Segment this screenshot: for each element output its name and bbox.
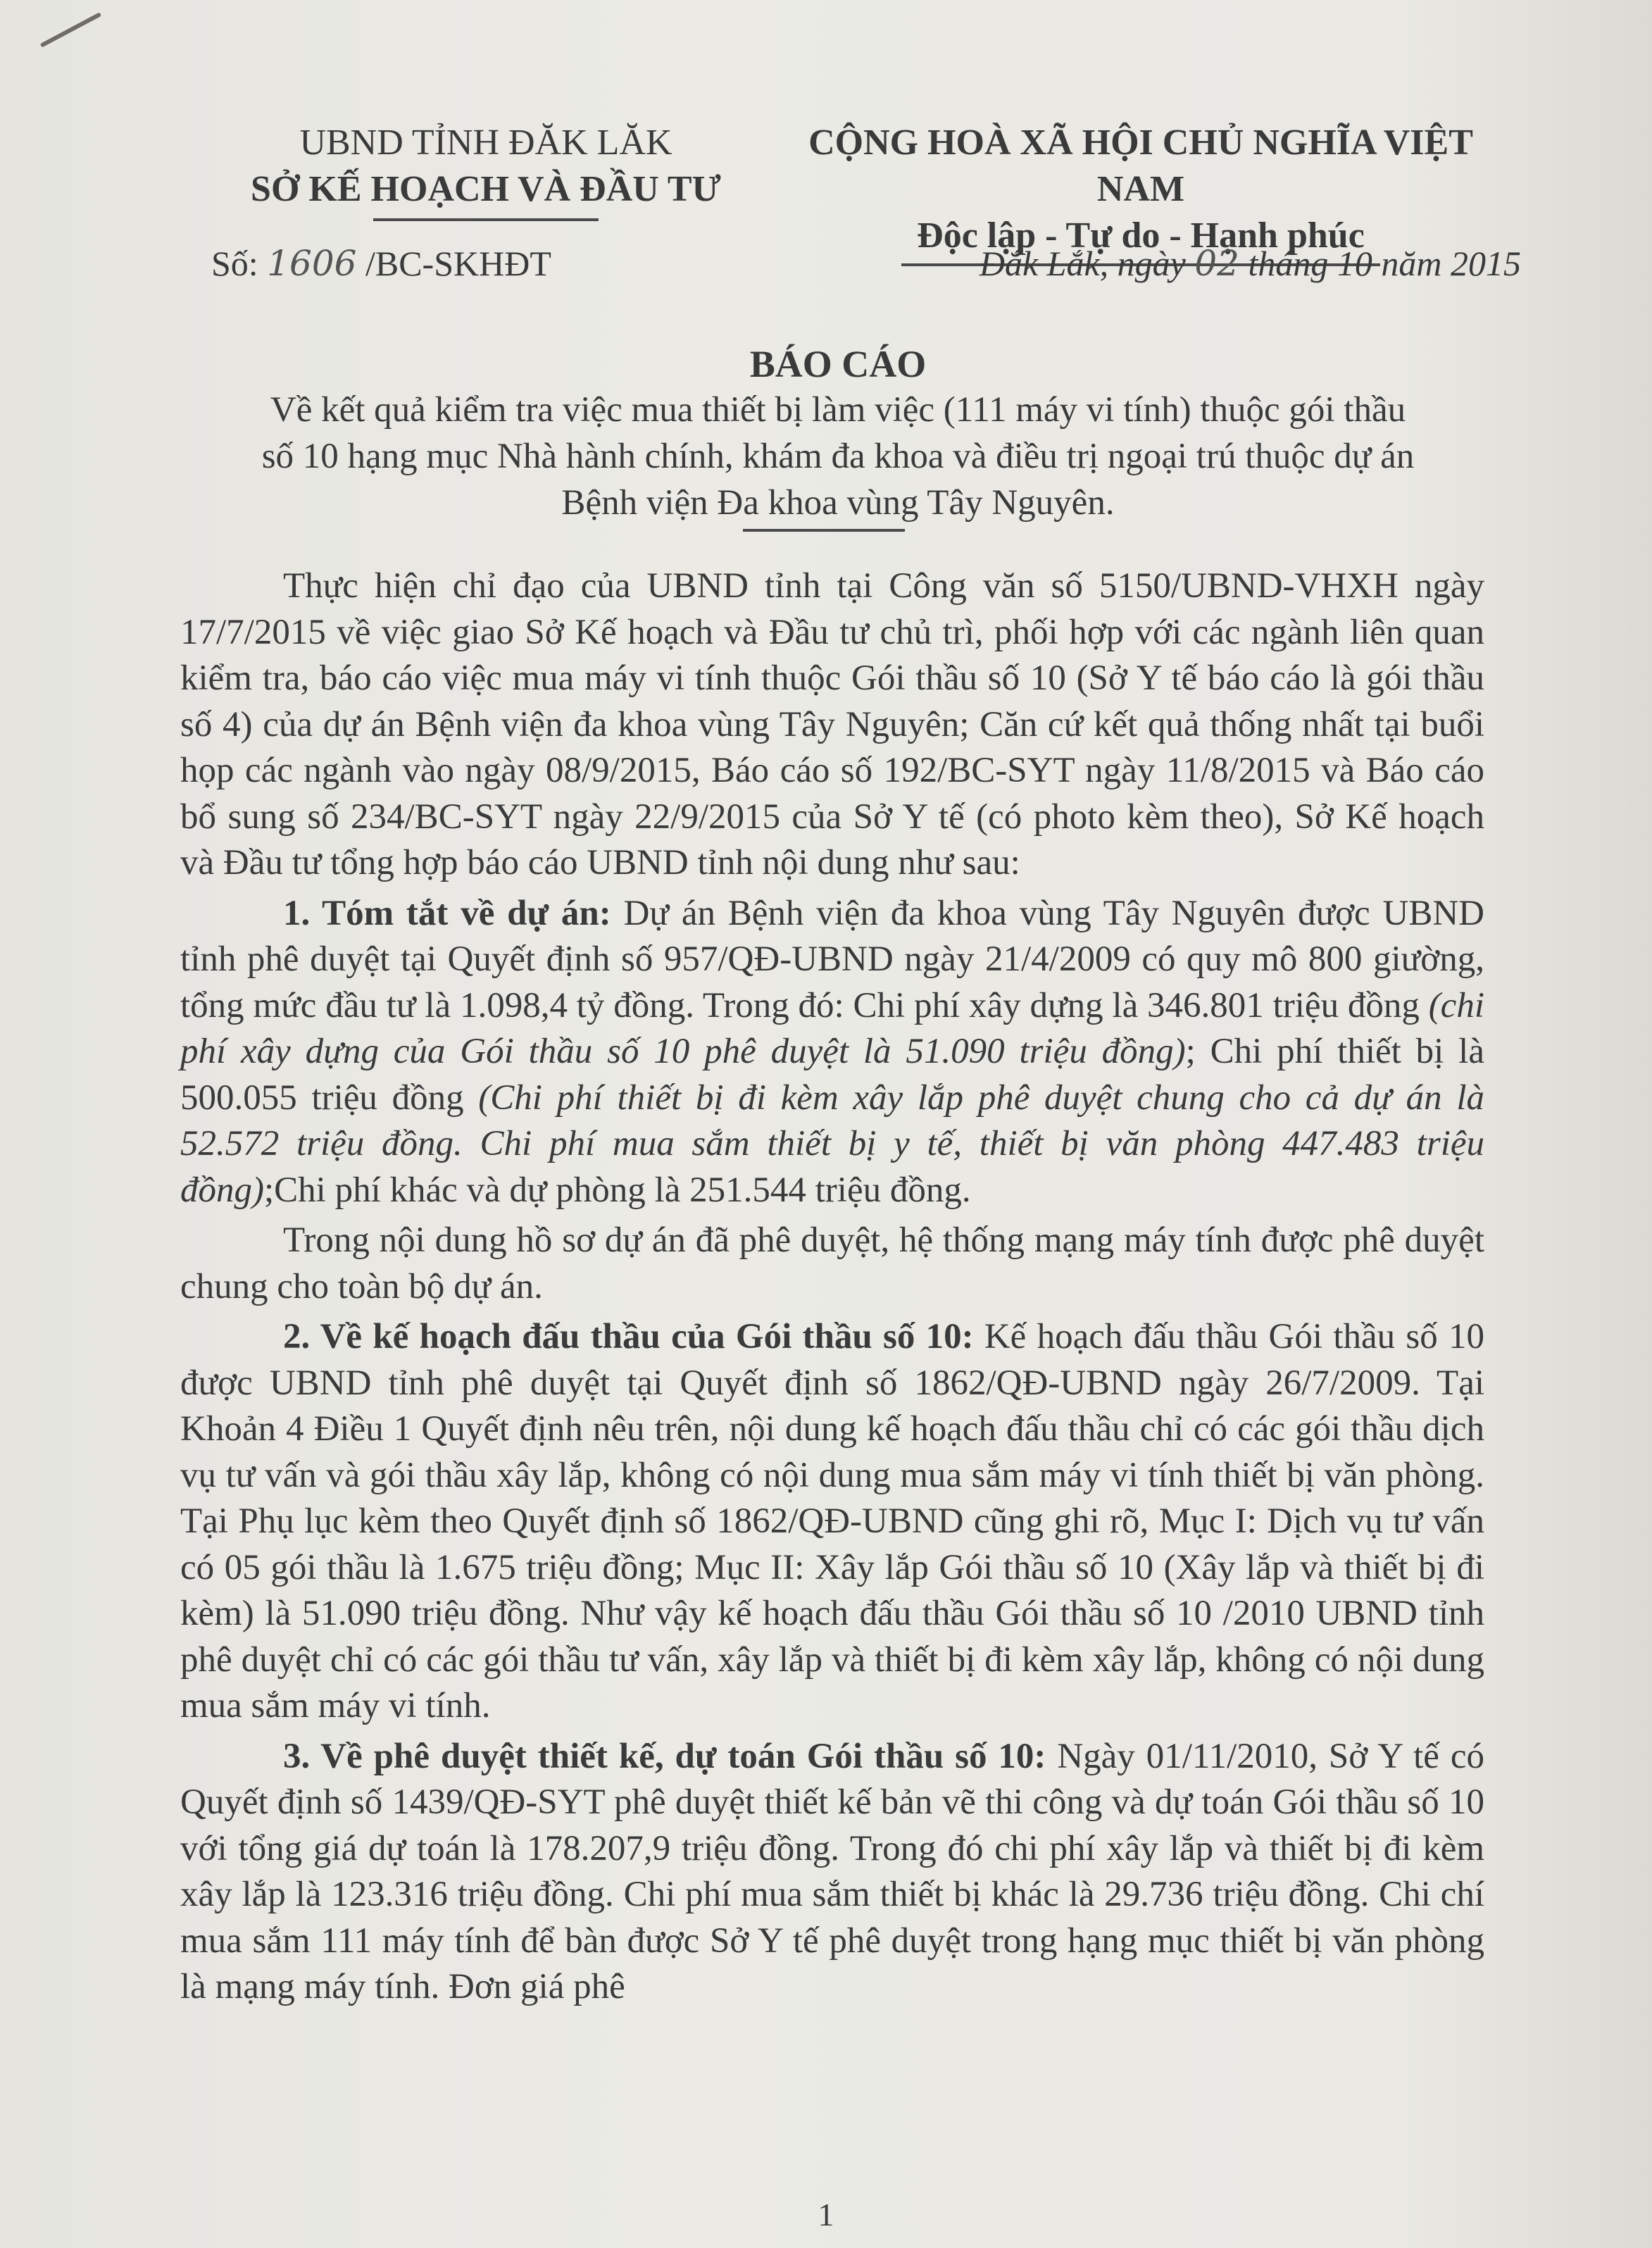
document-number: Số: 1606 /BC-SKHĐT xyxy=(211,243,551,284)
agency-underline xyxy=(373,218,599,221)
subject-line-3: Bệnh viện Đa khoa vùng Tây Nguyên. xyxy=(204,480,1472,526)
section-2-paragraph: 2. Về kế hoạch đấu thầu của Gói thầu số … xyxy=(180,1314,1484,1730)
doc-number-suffix: /BC-SKHĐT xyxy=(356,244,551,283)
document-type: BÁO CÁO xyxy=(204,342,1472,387)
subject-line-2: số 10 hạng mục Nhà hành chính, khám đa k… xyxy=(204,433,1472,480)
report-body: Thực hiện chỉ đạo của UBND tỉnh tại Công… xyxy=(180,563,1484,2011)
section-1-heading: 1. Tóm tắt về dự án: xyxy=(283,894,611,933)
place-and-date: Đắk Lắk, ngày 02 tháng 10 năm 2015 xyxy=(980,243,1521,284)
parent-agency: UBND TỈNH ĐĂK LĂK xyxy=(211,120,761,166)
network-note-paragraph: Trong nội dung hồ sơ dự án đã phê duyệt,… xyxy=(180,1218,1484,1310)
subject-underline xyxy=(743,529,905,532)
issuing-agency-block: UBND TỈNH ĐĂK LĂK SỞ KẾ HOẠCH VÀ ĐẦU TƯ xyxy=(211,120,761,221)
section-2-heading: 2. Về kế hoạch đấu thầu của Gói thầu số … xyxy=(283,1317,974,1356)
section-2-text: Kế hoạch đấu thầu Gói thầu số 10 được UB… xyxy=(180,1317,1484,1725)
document-header: UBND TỈNH ĐĂK LĂK SỞ KẾ HOẠCH VÀ ĐẦU TƯ … xyxy=(0,120,1652,331)
section-1-text-c: ;Chi phí khác và dự phòng là 251.544 tri… xyxy=(264,1170,971,1210)
section-3-heading: 3. Về phê duyệt thiết kế, dự toán Gói th… xyxy=(283,1737,1046,1776)
doc-number-handwritten: 1606 xyxy=(267,243,356,284)
day-handwritten: 02 xyxy=(1194,243,1239,284)
section-3-text: Ngày 01/11/2010, Sở Y tế có Quyết định s… xyxy=(180,1737,1484,2007)
report-title-block: BÁO CÁO Về kết quả kiểm tra việc mua thi… xyxy=(204,342,1472,532)
national-title: CỘNG HOÀ XÃ HỘI CHỦ NGHĨA VIỆT NAM xyxy=(761,120,1521,213)
doc-number-prefix: Số: xyxy=(211,244,267,283)
subject-line-1: Về kết quả kiểm tra việc mua thiết bị là… xyxy=(204,387,1472,433)
place-date-prefix: Đắk Lắk, ngày xyxy=(980,244,1195,283)
intro-paragraph: Thực hiện chỉ đạo của UBND tỉnh tại Công… xyxy=(180,563,1484,887)
section-1-paragraph: 1. Tóm tắt về dự án: Dự án Bệnh viện đa … xyxy=(180,891,1484,1214)
section-3-paragraph: 3. Về phê duyệt thiết kế, dự toán Gói th… xyxy=(180,1734,1484,2011)
month-year: tháng 10 năm 2015 xyxy=(1239,244,1521,283)
issuing-agency: SỞ KẾ HOẠCH VÀ ĐẦU TƯ xyxy=(211,166,761,213)
pen-stroke-mark xyxy=(40,12,102,47)
page-number: 1 xyxy=(0,2196,1652,2233)
